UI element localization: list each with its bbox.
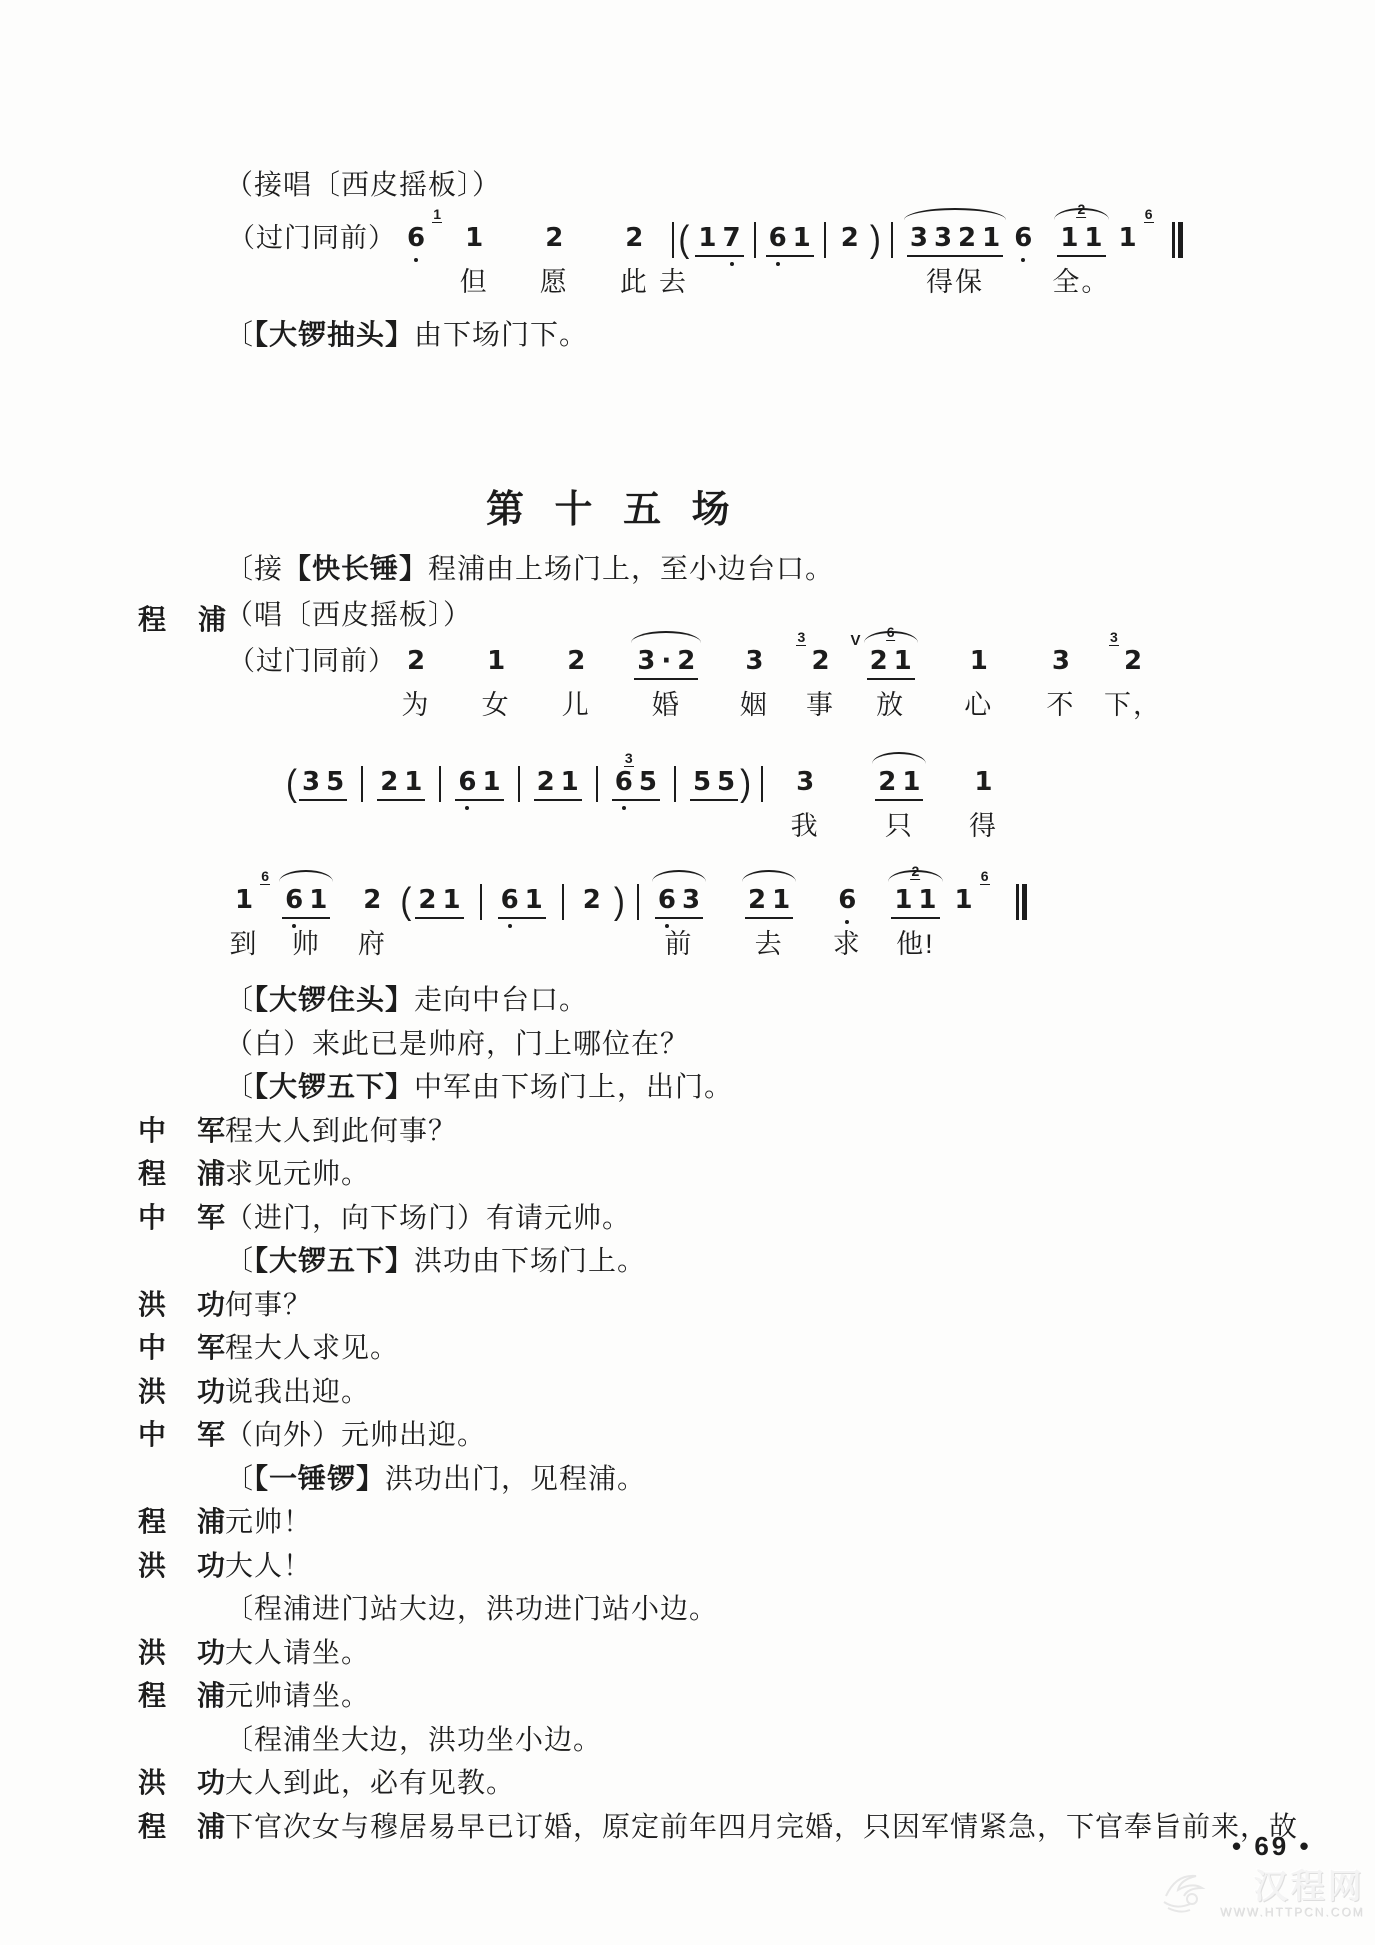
barline (439, 766, 441, 844)
lyric: 但 (460, 260, 489, 299)
text-segment: 程大人求见。 (225, 1332, 399, 1363)
music-token: 1但 (462, 222, 486, 300)
speaker-name: 中军 (138, 1196, 226, 1236)
text-segment: 大人！ (225, 1550, 312, 1581)
dialogue-row: 中军程大人求见。 (138, 1326, 1348, 1370)
speaker-name: 程浦 (138, 1500, 226, 1540)
direction-text: 由下场门下。 (414, 319, 588, 350)
grace-note: 3 (624, 751, 634, 767)
paren-glyph: ( (400, 882, 411, 919)
grace-note: 6 (1144, 207, 1154, 223)
dialogue-text: 元帅请坐。 (225, 1674, 370, 1714)
music-line-1: （过门同前）611但2愿2此去(17612)3321得保6112全。16 (228, 222, 1197, 300)
note-group: 1 (1116, 222, 1140, 254)
barline (562, 884, 564, 962)
music-token: 3我 (793, 766, 817, 844)
music-token: 21 (415, 884, 463, 962)
music-token: 6求 (835, 884, 859, 962)
percussion-cue: 【大锣抽头】 (254, 319, 414, 350)
speaker-name-char: 功 (197, 1370, 226, 1410)
percussion-cue: 【快长锤】 (283, 553, 428, 584)
lyric: 不 (1046, 683, 1075, 722)
slur-arc (631, 631, 701, 643)
music-token: 112全。 (1057, 222, 1105, 300)
dialogue-row: 程浦元帅请坐。 (138, 1674, 1348, 1718)
paren-glyph: ( (286, 764, 297, 801)
breath-glyph: V (851, 632, 861, 649)
dialogue-text: 元帅！ (225, 1500, 312, 1540)
text-segment: 元帅请坐。 (225, 1680, 370, 1711)
grace-note: 3 (796, 630, 806, 646)
note-char: 2 (360, 884, 384, 916)
note-group: 2 (404, 645, 428, 677)
note-group: 3 (742, 645, 766, 677)
speaker-name: 中军 (138, 1413, 226, 1453)
paren-glyph: ) (870, 220, 881, 257)
stage-direction-text: （白）来此已是帅府，门上哪位在？ (225, 1022, 689, 1062)
note-char: 3 (679, 884, 703, 916)
music-token: 1女 (484, 645, 508, 723)
speaker-name-char: 洪 (138, 1283, 167, 1323)
dialogue-text: 下官次女与穆居易早已订婚，原定前年四月完婚，只因军情紧急，下官奉旨前来，故 (225, 1805, 1298, 1845)
note-group: 3·2 (634, 645, 698, 680)
text-segment: 〔程浦坐大边，洪功坐小边。 (225, 1724, 602, 1755)
music-token: 216放 (867, 645, 915, 723)
note-char: 6 (1011, 222, 1035, 254)
barline (754, 222, 756, 300)
note-group: 21 (534, 766, 582, 801)
low-octave-dot (730, 262, 734, 266)
text-segment: 〔 (225, 1245, 254, 1276)
barline-mark (637, 884, 639, 920)
lyric: 去 (755, 922, 784, 961)
music-token: 23下， (1121, 645, 1145, 723)
dialogue-row: 中军（进门，向下场门）有请元帅。 (138, 1196, 1348, 1240)
barline-mark (596, 766, 598, 802)
music-token: 21去 (745, 884, 793, 962)
text-segment: 洪功由下场门上。 (414, 1245, 646, 1276)
grace-note: 3 (1109, 630, 1119, 646)
slur-arc (652, 870, 706, 882)
slur-arc (864, 631, 918, 643)
music-prefix: （过门同前） (228, 645, 396, 678)
note-group: 2 (808, 645, 832, 677)
final-bar-mark (1172, 222, 1183, 258)
slur-arc (888, 870, 942, 882)
low-octave-dot (776, 262, 780, 266)
stage-direction-text: 〔【大锣住头】走向中台口。 (225, 978, 588, 1018)
barline-mark (761, 766, 763, 802)
note-char: 5 (690, 766, 714, 798)
grace-note: 6 (980, 869, 990, 885)
speaker-name: 洪功 (138, 1631, 226, 1671)
lyric: 得 (969, 804, 998, 843)
note-char: 1 (522, 884, 546, 916)
page-number: • 69 • (1232, 1831, 1312, 1862)
dialogue-row: 中军（向外）元帅出迎。 (138, 1413, 1348, 1457)
slur-arc (1054, 208, 1108, 220)
music-token: 2儿 (564, 645, 588, 723)
speaker-name-char: 程 (138, 1805, 167, 1845)
barline-mark (672, 222, 674, 258)
note-char: 1 (891, 884, 915, 916)
speaker-name: 中军 (138, 1326, 226, 1366)
speaker-name-char: 中 (138, 1109, 167, 1149)
note-char: 7 (719, 222, 743, 254)
stage-direction-row: 〔【大锣五下】洪功由下场门上。 (138, 1239, 1348, 1283)
note-char: 1 (971, 766, 995, 798)
text-segment: （向外）元帅出迎。 (225, 1419, 486, 1450)
speaker-name-char: 中 (138, 1326, 167, 1366)
dialogue-text: 求见元帅。 (225, 1152, 370, 1192)
speaker-name-char: 中 (138, 1196, 167, 1236)
note-char: 3 (299, 766, 323, 798)
note-char: 6 (612, 766, 636, 798)
stage-direction-text: 〔程浦进门站大边，洪功进门站小边。 (225, 1587, 718, 1627)
note-group: 2 (564, 645, 588, 677)
text-segment: （进门，向下场门）有请元帅。 (225, 1202, 631, 1233)
note-group: 6 (404, 222, 428, 254)
note-char: 2 (745, 884, 769, 916)
note-char: 2 (415, 884, 439, 916)
text-segment: 说我出迎。 (225, 1376, 370, 1407)
note-group: 21 (745, 884, 793, 919)
final-barline (1166, 222, 1183, 300)
note-char: 2 (838, 222, 862, 254)
note-group: 61 (455, 766, 503, 801)
note-char: 2 (404, 645, 428, 677)
note-group: 1 (971, 766, 995, 798)
dialogue-text: 大人到此，必有见教。 (225, 1761, 515, 1801)
script-rows: 〔【大锣住头】走向中台口。（白）来此已是帅府，门上哪位在？〔【大锣五下】中军由下… (138, 978, 1348, 1848)
speaker-name-char: 程 (138, 598, 166, 638)
barline-mark (562, 884, 564, 920)
entrance-direction: 〔接【快长锤】程浦由上场门上，至小边台口。 (225, 552, 834, 586)
dialogue-row: 洪功大人到此，必有见教。 (138, 1761, 1348, 1805)
percussion-cue: 【一锤锣】 (254, 1463, 385, 1494)
dialogue-row: 程浦求见元帅。 (138, 1152, 1348, 1196)
music-token: 21只 (875, 766, 923, 844)
slur-arc (742, 870, 796, 882)
note-group: 21 (377, 766, 425, 801)
paren: ) (870, 222, 881, 300)
music-token: 2为 (404, 645, 428, 723)
speaker-name: 洪功 (138, 1761, 226, 1801)
dialogue-row: 程浦下官次女与穆居易早已订婚，原定前年四月完婚，只因军情紧急，下官奉旨前来，故 (138, 1805, 1348, 1849)
music-token: 1心 (967, 645, 991, 723)
note-char: 1 (558, 766, 582, 798)
speaker-name: 中军 (138, 1109, 226, 1149)
lyric: 求 (833, 922, 862, 961)
music-token: 21 (534, 766, 582, 844)
note-group: 2 (580, 884, 604, 916)
lyric: 儿 (562, 683, 591, 722)
note-char: 2 (867, 645, 891, 677)
paren: ( (678, 222, 689, 300)
note-group: 3 (793, 766, 817, 798)
speaker-name-char: 洪 (138, 1631, 167, 1671)
stage-direction-row: 〔【大锣五下】中军由下场门上，出门。 (138, 1065, 1348, 1109)
percussion-cue: 【大锣住头】 (254, 984, 414, 1015)
music-token: 61 (498, 884, 546, 962)
barline (761, 766, 763, 844)
music-token: 16 (952, 884, 976, 962)
barline (891, 222, 893, 300)
speaker-name: 洪功 (138, 1370, 226, 1410)
music-token: 2 (838, 222, 862, 300)
music-token: 35 (299, 766, 347, 844)
music-token: 63前 (655, 884, 703, 962)
paren-glyph: ) (614, 882, 625, 919)
text-segment: 洪功出门，见程浦。 (385, 1463, 646, 1494)
stage-direction-row: 〔【大锣住头】走向中台口。 (138, 978, 1348, 1022)
note-char: 6 (455, 766, 479, 798)
note-char: 2 (580, 884, 604, 916)
music-token: 3·2婚 (634, 645, 698, 723)
text-segment: 〔 (225, 1463, 254, 1494)
dialogue-row: 洪功大人！ (138, 1544, 1348, 1588)
note-group: 1 (952, 884, 976, 916)
note-char: 1 (462, 222, 486, 254)
dialogue-row: 洪功大人请坐。 (138, 1631, 1348, 1675)
watermark-name: 汉程网 (1254, 1869, 1365, 1905)
note-group: 61 (498, 884, 546, 919)
music-token: 16 (1116, 222, 1140, 300)
barline (480, 884, 482, 962)
lyric: 下， (1104, 683, 1162, 722)
note-char: 2 (674, 645, 698, 677)
text-segment: 程大人到此何事？ (225, 1115, 457, 1146)
lyric: 得保 (926, 260, 984, 299)
lyric: 他! (896, 922, 935, 961)
dialogue-text: 程大人求见。 (225, 1326, 399, 1366)
barline-mark (518, 766, 520, 802)
speaker-name-char: 浦 (197, 1500, 226, 1540)
note-char: 3 (634, 645, 658, 677)
speaker-name-char: 功 (197, 1631, 226, 1671)
note-char: 1 (401, 766, 425, 798)
paren: ) (740, 766, 751, 844)
speaker-name: 程浦 (138, 1152, 226, 1192)
text-segment: 走向中台口。 (414, 984, 588, 1015)
text-segment: （白）来此已是帅府，门上哪位在？ (225, 1028, 689, 1059)
note-char: 1 (790, 222, 814, 254)
speaker-name-char: 功 (197, 1544, 226, 1584)
barline-mark (361, 766, 363, 802)
stage-direction-row: 〔【一锤锣】洪功出门，见程浦。 (138, 1457, 1348, 1501)
barline-mark (439, 766, 441, 802)
music-token: 16到 (232, 884, 256, 962)
speaker-name-char: 浦 (198, 598, 226, 638)
speaker-name-char: 中 (138, 1413, 167, 1453)
music-token: 2 (580, 884, 604, 962)
lyric: 府 (358, 922, 387, 961)
paren: ( (400, 884, 411, 962)
lyric: 到 (230, 922, 259, 961)
music-token: 17 (695, 222, 743, 300)
text-segment: 求见元帅。 (225, 1158, 370, 1189)
percussion-cue: 【大锣五下】 (254, 1245, 414, 1276)
note-char: 2 (564, 645, 588, 677)
text-segment: 〔 (225, 1071, 254, 1102)
speaker-name-char: 洪 (138, 1370, 167, 1410)
dialogue-text: 程大人到此何事？ (225, 1109, 457, 1149)
music-token: 3姻 (742, 645, 766, 723)
score-page: （接唱〔西皮摇板〕） （过门同前）611但2愿2此去(17612)3321得保6… (0, 0, 1375, 1945)
text-segment: 元帅！ (225, 1506, 312, 1537)
note-char: 2 (622, 222, 646, 254)
note-char: 3 (793, 766, 817, 798)
lyric: 只 (885, 804, 914, 843)
note-group: 6 (612, 766, 636, 801)
note-group: 21 (875, 766, 923, 801)
note-char: 5 (714, 766, 738, 798)
lyric: 婚 (652, 683, 681, 722)
note-char: 1 (439, 884, 463, 916)
text-segment: 中军由下场门上，出门。 (414, 1071, 733, 1102)
exit-direction: 〔【大锣抽头】由下场门下。 (225, 318, 588, 352)
note-char: 1 (484, 645, 508, 677)
dialogue-text: 大人！ (225, 1544, 312, 1584)
note-char: 5 (636, 766, 660, 798)
note-group: 6 (1011, 222, 1035, 254)
lyric: 为 (402, 683, 431, 722)
note-char: 6 (835, 884, 859, 916)
note-group: 11 (1057, 222, 1105, 257)
barline (596, 766, 598, 844)
barline (637, 884, 639, 962)
lyric: 女 (482, 683, 511, 722)
speaker-name-char: 军 (197, 1109, 226, 1149)
music-token: 3不 (1049, 645, 1073, 723)
note-group: 6 (835, 884, 859, 916)
lyric: 心 (964, 683, 993, 722)
speaker-name-char: 洪 (138, 1544, 167, 1584)
note-char: 1 (979, 222, 1003, 254)
speaker-name-chengpu: 程浦 (138, 598, 226, 638)
note-group: 35 (299, 766, 347, 801)
note-group: 1 (232, 884, 256, 916)
speaker-name-char: 功 (197, 1283, 226, 1323)
note-group: 61 (766, 222, 814, 257)
note-group: 2 (1121, 645, 1145, 677)
note-group: 2 (542, 222, 566, 254)
dialogue-text: 说我出迎。 (225, 1370, 370, 1410)
lyric: 我 (791, 804, 820, 843)
low-octave-dot (622, 806, 626, 810)
speaker-name-char: 洪 (138, 1761, 167, 1801)
watermark-url: WWW.HTTPCN.COM (1220, 1905, 1365, 1919)
speaker-name: 洪功 (138, 1283, 226, 1323)
stage-direction-row: 〔程浦进门站大边，洪功进门站小边。 (138, 1587, 1348, 1631)
note-char: 5 (323, 766, 347, 798)
text-segment: 下官次女与穆居易早已订婚，原定前年四月完婚，只因军情紧急，下官奉旨前来，故 (225, 1811, 1298, 1842)
slur-arc (872, 752, 926, 764)
low-octave-dot (1021, 258, 1025, 262)
dialogue-text: 大人请坐。 (225, 1631, 370, 1671)
text-segment: 大人到此，必有见教。 (225, 1767, 515, 1798)
dialogue-row: 洪功何事？ (138, 1283, 1348, 1327)
barline-mark (824, 222, 826, 258)
note-char: 6 (498, 884, 522, 916)
slur-arc (279, 870, 333, 882)
low-octave-dot (508, 924, 512, 928)
note-char: 1 (479, 766, 503, 798)
watermark-logo-icon (1158, 1866, 1214, 1921)
note-char: 2 (542, 222, 566, 254)
music-line-2: （过门同前）2为1女2儿3·2婚3姻23事V216放1心3不23下， (228, 645, 1145, 723)
speaker-name-char: 程 (138, 1674, 167, 1714)
speaker-name-char: 功 (197, 1761, 226, 1801)
dialogue-row: 程浦元帅！ (138, 1500, 1348, 1544)
direction-text: 〔 (225, 319, 254, 350)
note-char: 2 (377, 766, 401, 798)
music-token: 2此 (622, 222, 646, 300)
music-token: 61 (404, 222, 428, 300)
note-group: 5 (636, 766, 660, 801)
percussion-cue: 【大锣五下】 (254, 1071, 414, 1102)
grace-note: 6 (260, 869, 270, 885)
note-char: 3 (931, 222, 955, 254)
slur-arc (904, 208, 1006, 220)
barline-mark (891, 222, 893, 258)
stage-direction-text: 〔【大锣五下】洪功由下场门上。 (225, 1239, 646, 1279)
note-char: 2 (955, 222, 979, 254)
note-group: 17 (695, 222, 743, 257)
low-octave-dot (414, 258, 418, 262)
note-char: 1 (1081, 222, 1105, 254)
speaker-name-char: 浦 (197, 1674, 226, 1714)
note-group: 1 (967, 645, 991, 677)
watermark: 汉程网 WWW.HTTPCN.COM (1158, 1866, 1365, 1921)
note-group: 21 (867, 645, 915, 680)
lyric: 此 (620, 260, 649, 299)
note-group: 2 (838, 222, 862, 254)
note-group: 2 (360, 884, 384, 916)
music-token: 6 (612, 766, 636, 844)
barline (518, 766, 520, 844)
note-group: 3 (1049, 645, 1073, 677)
barline-mark (480, 884, 482, 920)
stage-direction-row: 〔程浦坐大边，洪功坐小边。 (138, 1718, 1348, 1762)
note-group: 55 (690, 766, 738, 801)
paren: ( (286, 766, 297, 844)
note-char: 1 (695, 222, 719, 254)
music-token: 61 (766, 222, 814, 300)
note-char: 1 (1116, 222, 1140, 254)
scene-title: 第 十 五 场 (486, 478, 740, 533)
speaker-name: 程浦 (138, 1674, 226, 1714)
note-char: 1 (899, 766, 923, 798)
music-token: 112他! (891, 884, 939, 962)
lyric: 帅 (292, 922, 321, 961)
note-group: 1 (484, 645, 508, 677)
music-token: 2愿 (542, 222, 566, 300)
note-char: 1 (915, 884, 939, 916)
barline-mark (754, 222, 756, 258)
final-barline (1010, 884, 1027, 962)
paren-glyph: ( (678, 220, 689, 257)
note-char: 6 (655, 884, 679, 916)
lyric: 愿 (540, 260, 569, 299)
speaker-name-char: 军 (197, 1326, 226, 1366)
speaker-name-char: 程 (138, 1500, 167, 1540)
note-char: · (658, 645, 674, 677)
barline (824, 222, 826, 300)
lyric: 姻 (740, 683, 769, 722)
note-char: 2 (808, 645, 832, 677)
lyric: 前 (664, 922, 693, 961)
